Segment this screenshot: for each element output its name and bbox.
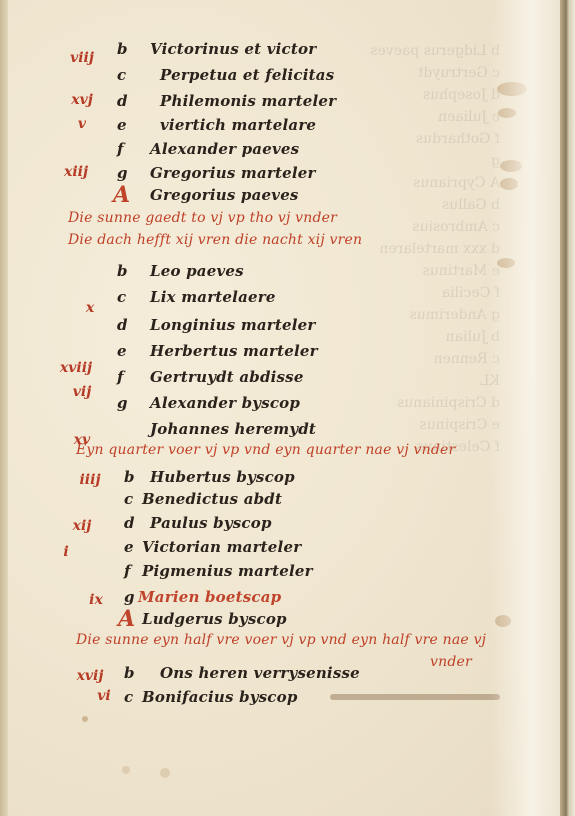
golden-number: ix [76,592,116,608]
dominical-letter: c [117,288,126,306]
saint-name-feast: Marien boetscap [138,588,281,606]
golden-number: xvj [62,92,102,108]
dominical-letter: g [124,588,135,606]
dominical-letter: g [117,164,128,182]
dominical-letter: b [124,664,135,682]
saint-name: Paulus byscop [150,514,272,532]
stain [497,258,515,268]
bleed-through-text: b Lidgerus paevesc Gertruydtd Josephuse … [300,40,500,680]
golden-number: xviij [56,360,96,376]
golden-number: xij [62,518,102,534]
saint-name: Bonifacius byscop [142,688,298,706]
dominical-letter: b [117,262,128,280]
stain [122,766,130,774]
saint-name: Alexander paeves [150,140,299,158]
dominical-letter: d [124,514,135,532]
dominical-letter: f [124,562,130,580]
saint-name: Alexander byscop [150,394,300,412]
saint-name: Longinius marteler [150,316,316,334]
golden-number: i [46,544,86,560]
stain [500,160,522,172]
golden-number: viij [62,50,102,66]
saint-name: Hubertus byscop [150,468,295,486]
page-edge [560,0,575,816]
golden-number: x [70,300,110,316]
dominical-letter: e [117,342,127,360]
stain [82,716,88,722]
dominical-letter: b [117,40,128,58]
golden-number: v [62,116,102,132]
smudged-text [330,694,500,700]
rubric-line-continuation: vnder [430,654,472,670]
rubric-line: Eyn quarter voer vj vp vnd eyn quarter n… [76,442,455,458]
stain [497,82,527,96]
stain [495,615,511,627]
saint-name: Perpetua et felicitas [160,66,334,84]
saint-name: Benedictus abdt [142,490,282,508]
saint-name: Gregorius paeves [150,186,299,204]
dominical-letter: f [117,140,123,158]
dominical-letter: c [124,490,133,508]
saint-name: Gregorius marteler [150,164,316,182]
dominical-letter: d [117,92,128,110]
rubric-line: Die sunne eyn half vre voer vj vp vnd ey… [76,632,486,648]
saint-name: Ons heren verrysenisse [160,664,360,682]
saint-name: Philemonis marteler [160,92,336,110]
saint-name: Johannes heremydt [150,420,316,438]
dominical-letter: g [117,394,128,412]
golden-number: vi [84,688,124,704]
saint-name: Victorinus et victor [150,40,316,58]
manuscript-page: b Lidgerus paevesc Gertruydtd Josephuse … [0,0,560,816]
dominical-letter: b [124,468,135,486]
dominical-letter: d [117,316,128,334]
dominical-letter: c [124,688,133,706]
golden-number: xiij [56,164,96,180]
red-initial: A [113,182,130,208]
dominical-letter: e [124,538,134,556]
saint-name: viertich martelare [160,116,316,134]
stain [500,178,518,190]
rubric-line: Die sunne gaedt to vj vp tho vj vnder [68,210,337,226]
saint-name: Lix martelaere [150,288,276,306]
saint-name: Herbertus marteler [150,342,318,360]
saint-name: Pigmenius marteler [142,562,313,580]
gutter-binding [0,0,8,816]
rubric-line: Die dach hefft xij vren die nacht xij vr… [68,232,362,248]
stain [160,768,170,778]
stain [498,108,516,118]
dominical-letter: e [117,116,127,134]
golden-number: vij [62,384,102,400]
saint-name: Gertruydt abdisse [150,368,304,386]
saint-name: Ludgerus byscop [142,610,287,628]
saint-name: Victorian marteler [142,538,301,556]
golden-number: xvij [70,668,110,684]
red-initial: A [118,606,135,632]
dominical-letter: f [117,368,123,386]
dominical-letter: c [117,66,126,84]
saint-name: Leo paeves [150,262,244,280]
golden-number: iiij [70,472,110,488]
